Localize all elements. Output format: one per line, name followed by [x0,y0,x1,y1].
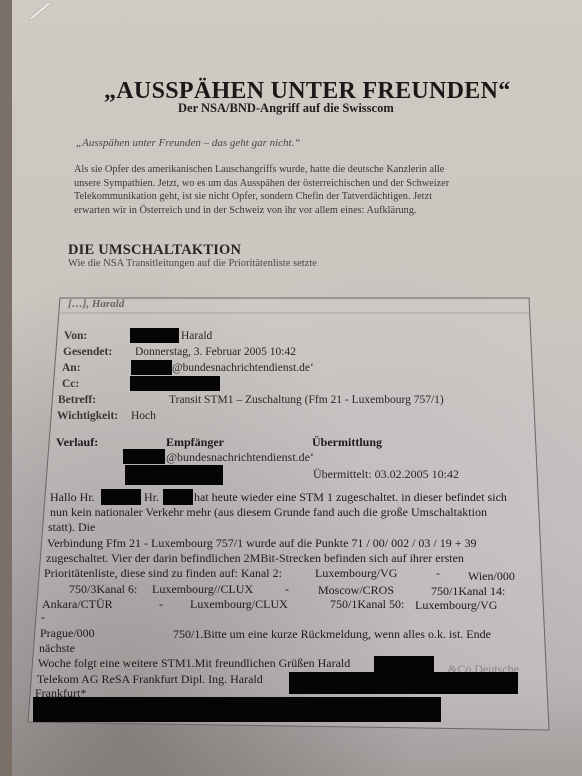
body-line: Verbindung Ffm 21 - Luxembourg 757/1 wur… [47,536,477,551]
body-line: Woche folgt eine weitere STM1.Mit freund… [38,656,350,671]
body-line: zugeschaltet. Vier der darin befindliche… [46,551,464,566]
body-line: Luxembourg//CLUX [152,582,253,597]
body-line: 750/1Kanal 50: [330,597,404,612]
email-header-name: […], Harald [68,298,124,310]
body-line: - [285,582,289,597]
body-line: Wien/000 [468,569,515,584]
recipient-value: @bundesnachrichtendienst.de‘ [166,450,314,465]
body-line: 750/3Kanal 6: [69,582,137,597]
redaction-bar [374,656,434,673]
body-line: Luxembourg/VG [315,566,397,581]
importance-label: Wichtigkeit: [57,410,118,422]
intro-line: unsere Sympathien. Jetzt, wo es um das A… [74,177,474,191]
body-line: Moscow/CROS [318,583,394,598]
pull-quote: „Ausspähen unter Freunden – das geht gar… [76,137,300,149]
body-line: 750/1.Bitte um eine kurze Rückmeldung, w… [173,627,491,642]
intro-line: erwarten wir in Österreich und in der Sc… [74,204,474,218]
redaction-bar [33,697,441,722]
document-subtitle: Der NSA/BND-Angriff auf die Swisscom [178,101,394,116]
intro-paragraph: Als sie Opfer des amerikanischen Lauscha… [74,163,474,217]
subject-label: Betreff: [58,394,96,406]
to-value: @bundesnachrichtendienst.de‘ [172,362,314,374]
redaction-bar [130,328,179,343]
redaction-bar [289,672,518,694]
section-title: DIE UMSCHALTAKTION [68,242,241,259]
body-line: 750/1Kanal 14: [431,584,505,599]
transmitted-timestamp: Übermittelt: 03.02.2005 10:42 [313,467,459,482]
recipient-column-header: Empfänger [166,435,224,450]
body-line: Ankara/CTÜR [42,597,113,612]
redaction-bar [130,376,220,391]
redaction-bar [131,360,172,375]
intro-line: Als sie Opfer des amerikanischen Lauscha… [74,163,474,177]
section-subtitle: Wie die NSA Transitleitungen auf die Pri… [68,258,317,269]
to-label: An: [62,362,81,374]
body-line: Prague/000 [40,626,95,641]
redaction-bar [163,489,193,505]
body-line: hat heute wieder eine STM 1 zugeschaltet… [194,490,507,505]
history-label: Verlauf: [56,435,98,450]
body-line: nächste [39,641,75,656]
body-line: - [41,610,45,625]
body-line: nun kein nationaler Verkehr mehr (aus di… [50,505,487,520]
cc-label: Cc: [62,378,79,390]
from-label: Von: [64,330,87,342]
sent-value: Donnerstag, 3. Februar 2005 10:42 [135,346,296,358]
redaction-bar [101,489,141,505]
body-line: Telekom AG ReSA Frankfurt Dipl. Ing. Har… [37,672,263,687]
body-line: Hr. [144,490,159,505]
background-table [0,0,12,776]
sent-label: Gesendet: [63,346,112,358]
subject-value: Transit STM1 – Zuschaltung (Ffm 21 - Lux… [169,394,444,406]
body-line: Luxembourg/CLUX [190,597,288,612]
body-line: - [436,566,440,581]
body-line: Prioritätenliste, diese sind zu finden a… [44,566,282,581]
body-line: - [159,597,163,612]
transmission-column-header: Übermittlung [312,435,382,450]
redaction-bar [123,449,165,464]
body-line: Hallo Hr. [50,490,95,505]
intro-line: Telekommunikation geht, ist sie nicht Op… [74,190,474,204]
from-value: Harald [181,330,212,342]
body-line: Luxembourg/VG [415,598,497,613]
body-line: statt). Die [48,520,95,535]
redaction-bar [125,465,223,485]
importance-value: Hoch [131,410,156,422]
